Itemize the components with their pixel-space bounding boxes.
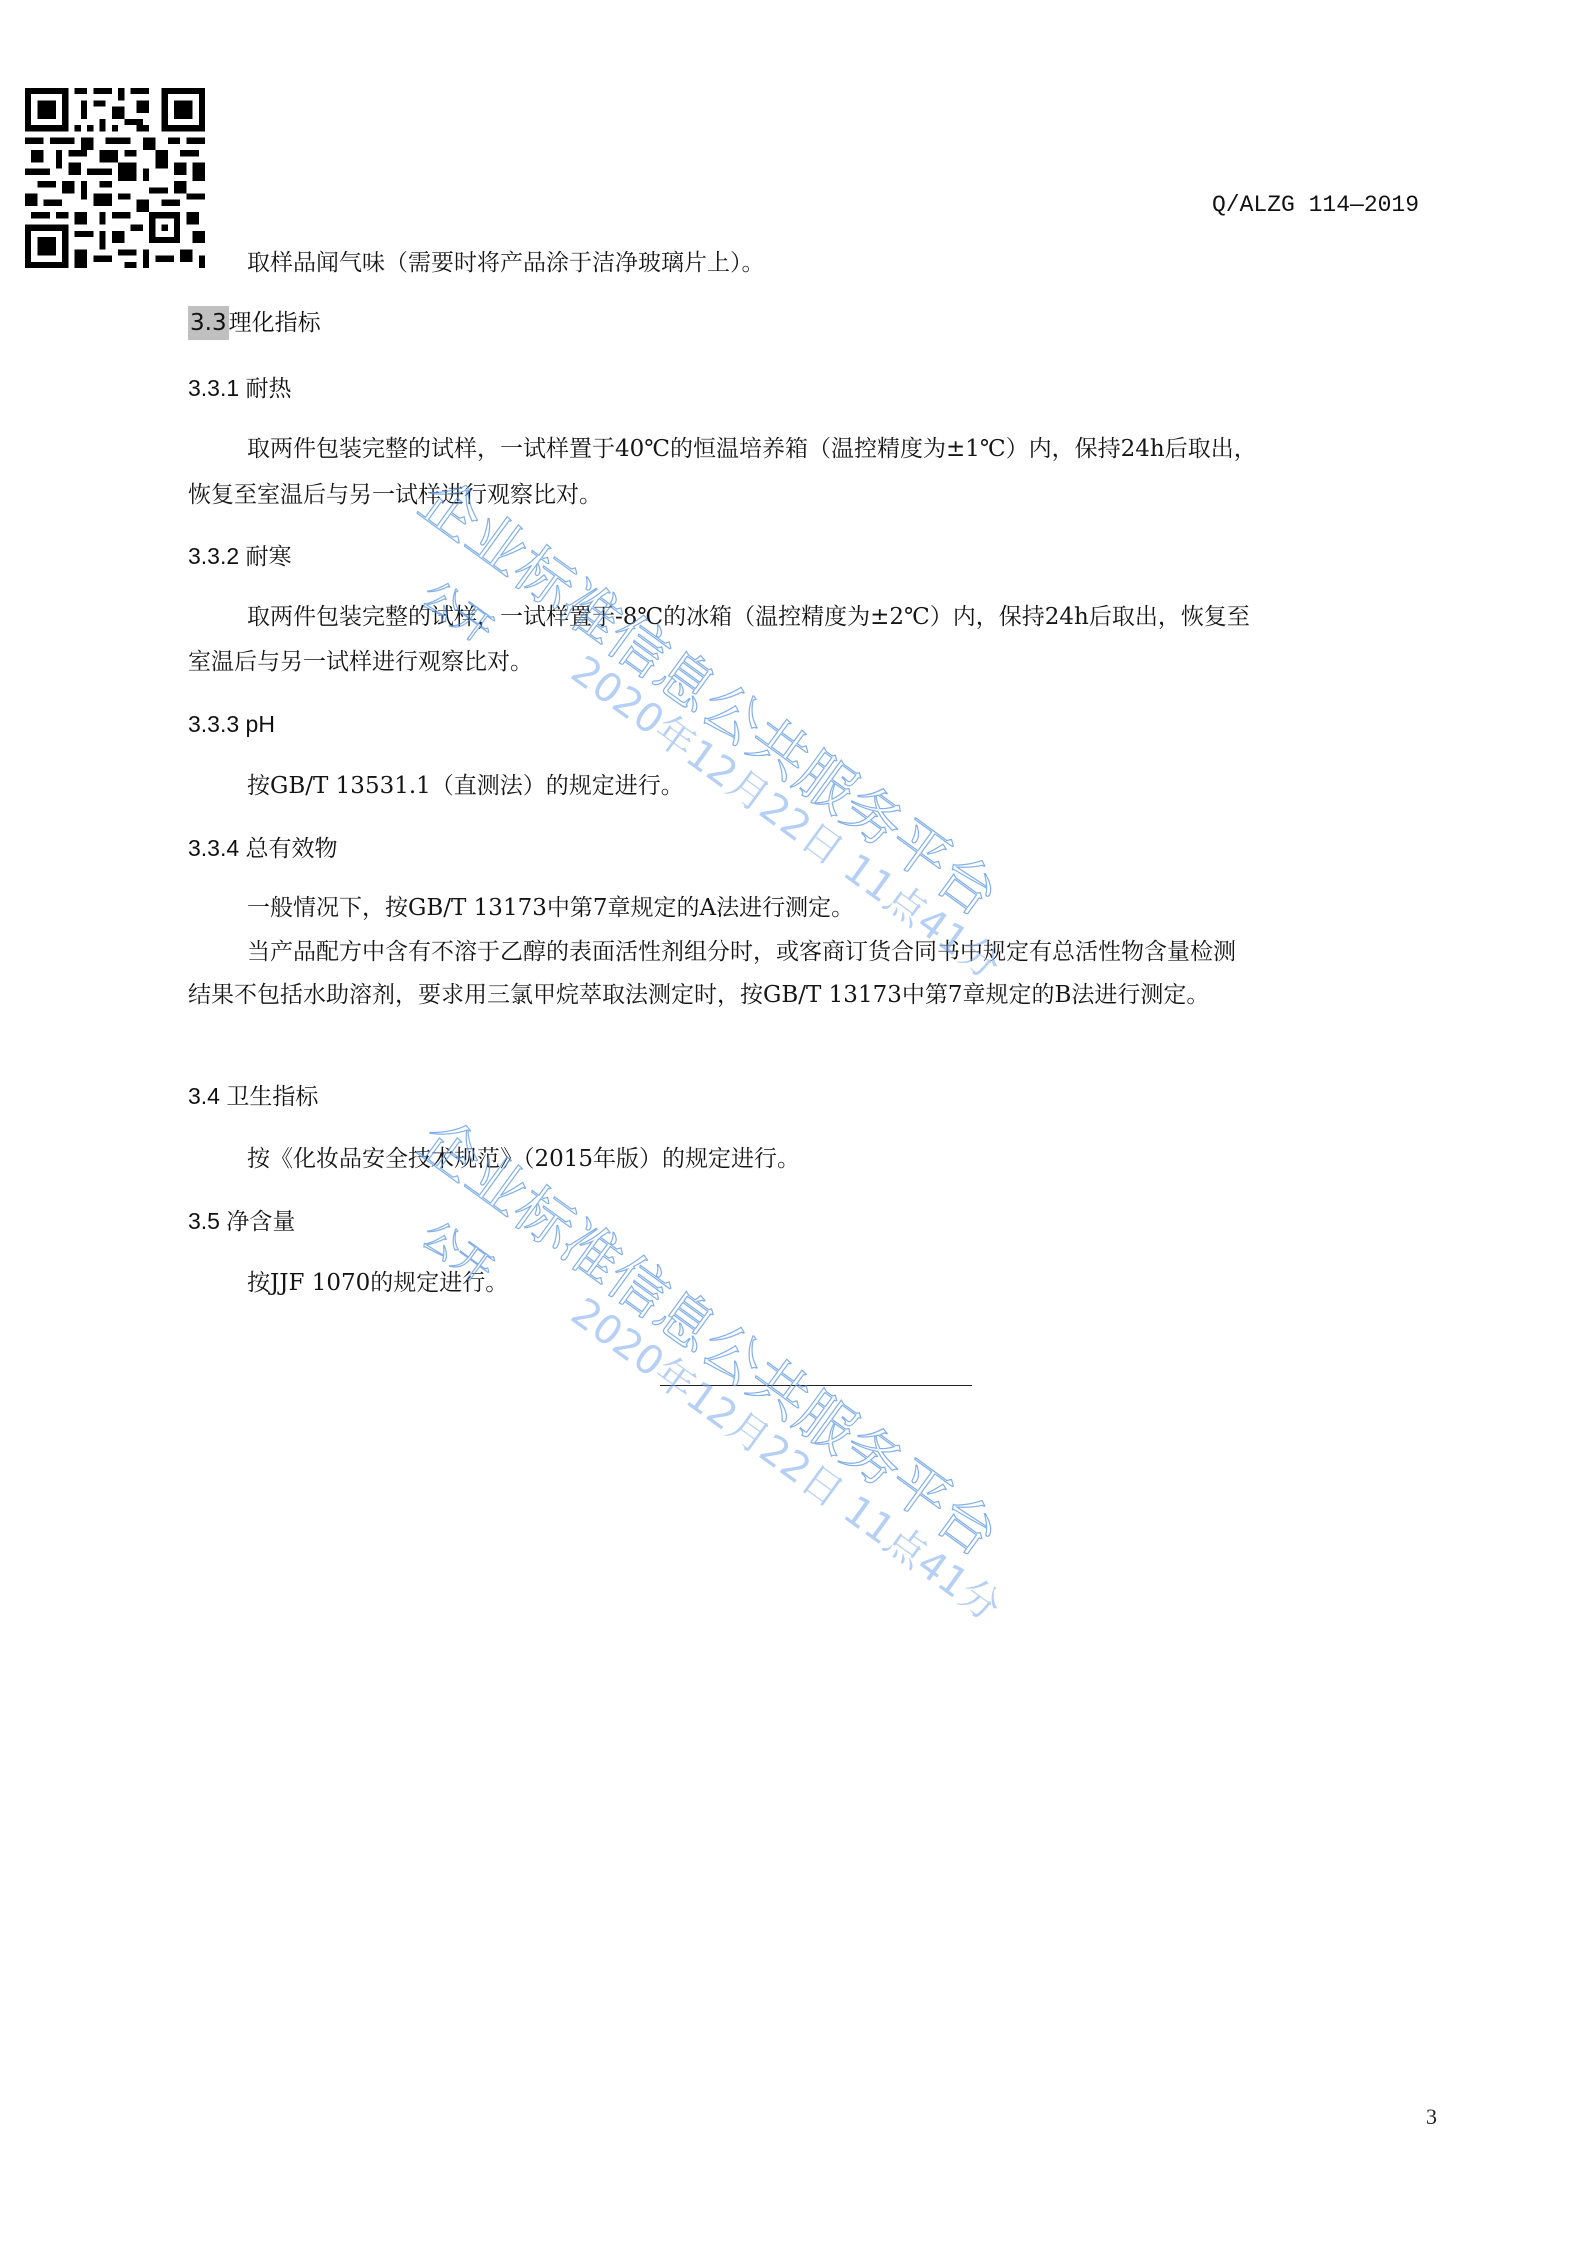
section-title: 理化指标: [229, 310, 321, 336]
qr-code-icon: [25, 88, 205, 268]
page-number: 3: [1426, 2104, 1437, 2130]
paragraph-line: 室温后与另一试样进行观察比对。: [188, 647, 533, 677]
watermark-platform: 企业标准信息公共服务平台: [406, 455, 1018, 932]
paragraph-line: 按JJF 1070的规定进行。: [247, 1268, 508, 1298]
paragraph-line: 取两件包装完整的试样，一试样置于-8℃的冰箱（温控精度为±2℃）内，保持24h后…: [247, 602, 1250, 632]
subsection-heading-3-3-4: 3.3.4 总有效物: [188, 833, 338, 863]
section-heading-3-5: 3.5 净含量: [188, 1206, 295, 1236]
watermark-timestamp: 2020年12月22日 11点41分: [561, 1282, 1014, 1633]
subsection-heading-3-3-2: 3.3.2 耐寒: [188, 541, 292, 571]
subsection-heading-3-3-1: 3.3.1 耐热: [188, 373, 292, 403]
paragraph-line: 取两件包装完整的试样，一试样置于40℃的恒温培养箱（温控精度为±1℃）内，保持2…: [247, 434, 1257, 464]
paragraph-line: 恢复至室温后与另一试样进行观察比对。: [188, 480, 602, 510]
intro-line: 取样品闻气味（需要时将产品涂于洁净玻璃片上）。: [247, 248, 765, 278]
paragraph-line: 结果不包括水助溶剂，要求用三氯甲烷萃取法测定时，按GB/T 13173中第7章规…: [188, 980, 1209, 1010]
subsection-heading-3-3-3: 3.3.3 pH: [188, 709, 275, 739]
end-separator-line: [660, 1385, 972, 1386]
section-number-highlight: 3.3: [188, 306, 229, 340]
document-code: Q/ALZG 114—2019: [1212, 192, 1419, 218]
section-heading-3-3: 3.3理化指标: [188, 308, 321, 338]
paragraph-line: 按GB/T 13531.1（直测法）的规定进行。: [247, 771, 684, 801]
section-heading-3-4: 3.4 卫生指标: [188, 1081, 318, 1111]
paragraph-line: 一般情况下，按GB/T 13173中第7章规定的A法进行测定。: [247, 893, 854, 923]
paragraph-line: 按《化妆品安全技术规范》（2015年版）的规定进行。: [247, 1144, 800, 1174]
paragraph-line: 当产品配方中含有不溶于乙醇的表面活性剂组分时，或客商订货合同书中规定有总活性物含…: [247, 937, 1236, 967]
